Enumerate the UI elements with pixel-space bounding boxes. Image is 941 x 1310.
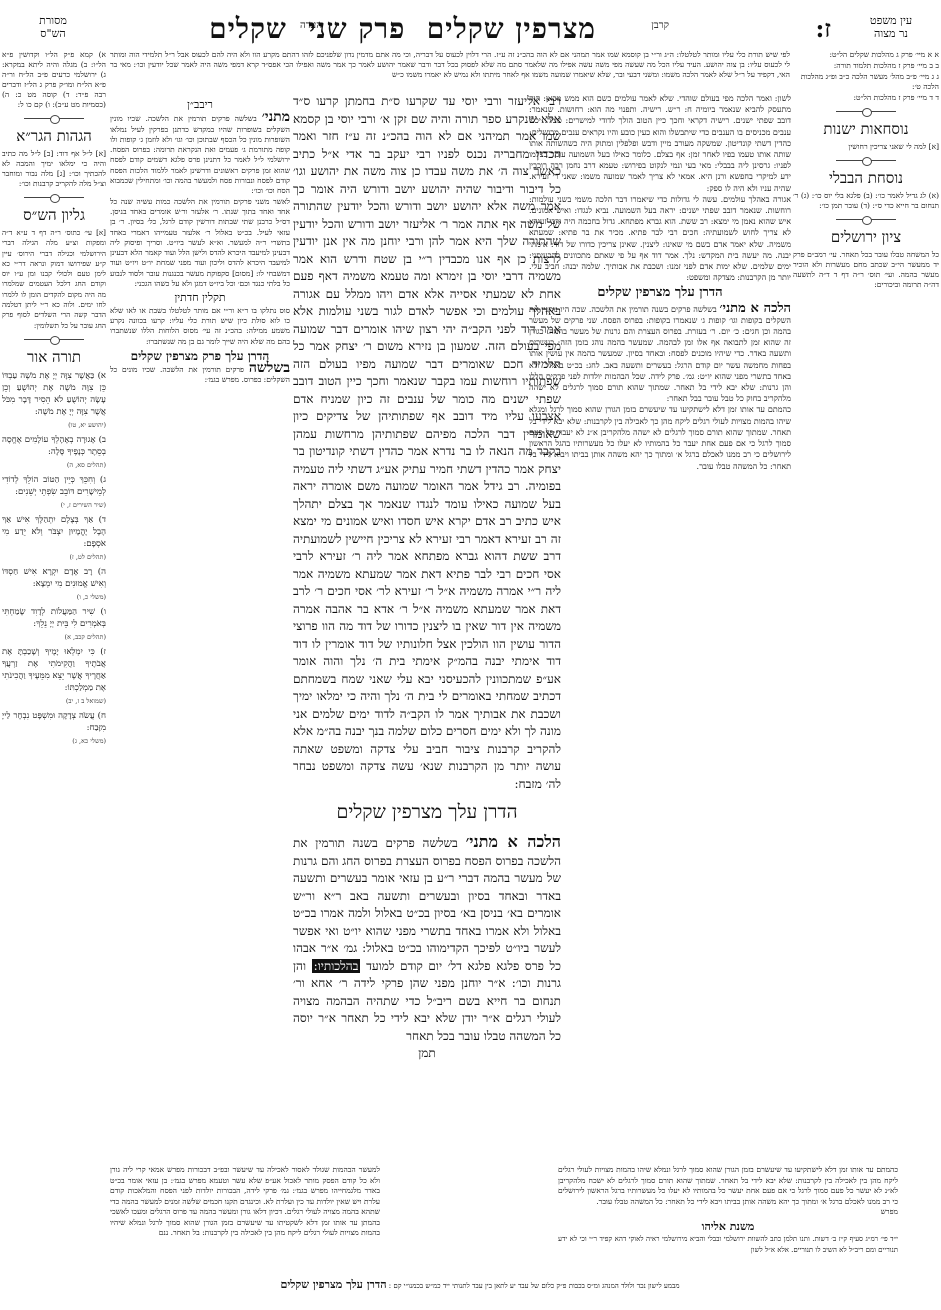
gemara-text: רב אדם יקרא איש חסדו ואיש אמונים מי ימצא… [293, 514, 561, 703]
verse: ב) אָגוּרָה בְאָהָלְךָ עוֹלָמִים אֶחֱסֶה… [2, 434, 106, 458]
halacha-heading: הלכה א מתני׳ [720, 301, 791, 316]
torah-or-title: תורה אור [2, 347, 106, 367]
torah-or-verses: א) כַּאֲשֶׁר צִוָּה יְיָ אֶת מֹשֶׁה עַבְ… [2, 370, 106, 746]
ein-mishpat-label: עין משפט נר מצוה [847, 14, 935, 40]
mishnat-eliyahu-title: משנת אליהו [558, 1222, 898, 1233]
bavli-text: (א) לג גדיל לאמר כו׳: (ב) פלגא בלי יוס כ… [793, 191, 939, 211]
verse: ה) רָב אָדָם יִקְרָא אִישׁ חַסְדּוֹ וְאִ… [2, 566, 106, 590]
gemara-main-text: רבי אליעזר ורבי יוסי עד שקרעו ס״ת בחמתן … [293, 93, 561, 1163]
gemara-text: אגורה באהלך עולמים וכי אפשר לאדם לגור בש… [293, 287, 561, 494]
korban-haeda-commentary: לשון: ואמר הלכה מפי בעולם שוהדי. שלא לאמ… [529, 93, 791, 1163]
verse: א) כַּאֲשֶׁר צִוָּה יְיָ אֶת מֹשֶׁה עַבְ… [2, 370, 106, 418]
tiklin-chadtin-title: תקלין חדתין [110, 293, 290, 303]
page-header: עין משפט נר מצוה ז: קרבן מצרפין שקלים פר… [0, 14, 941, 48]
mefaresh-label: מפרש [558, 1207, 898, 1218]
gemara-text: רבי אליעזר ורבי יוסי עד שקרעו ס״ת בחמתן … [293, 94, 561, 161]
korban-haeda-text: לשון: ואמר הלכה מפי בעולם שוהדי. שלא לאמ… [529, 93, 791, 194]
verse-source: (תהלים לט, ז) [2, 552, 106, 562]
korban-haeda-text: אגורה באהלך עולמים. עשה לי גדולות כדי שי… [529, 194, 791, 284]
verse: ו) שִׁיר הַמַּעֲלוֹת לְדָוִד שָׂמַחְתִּי… [2, 606, 106, 630]
ein-mishpat-ref: ד ד מיי׳ פרק ז מהלכות הל״ט: [793, 93, 939, 103]
pnei-moshe-text: בשלשה פרקים תורמין את הלשכה. שכיו מונין … [110, 114, 290, 195]
pnei-moshe-commentary: ריבב״ן מתני׳ בשלשה פרקים תורמין את הלשכה… [110, 96, 290, 1161]
haeda-label: העדה [300, 20, 322, 31]
ornament-divider-icon [836, 108, 896, 114]
bottom-left-paragraph: למעשר הבהמות שגולד לאסור לאכילה עד שיעשר… [110, 1165, 380, 1239]
verse-source: (תהלים סא, ה) [2, 460, 106, 470]
bottom-right-paragraph: כהמתם עד אותו זמן דלא לישתקיעו עד שיעשרם… [558, 1165, 898, 1207]
bavli-title: נוסחת הבבלי [793, 168, 939, 188]
ein-mishpat-ref: ג ג מיי׳ פ״ב מהל׳ מעשר הלכה כ״ב ופ״ג מהל… [793, 72, 939, 92]
tziyun-yerushalayim-title: ציון ירושלים [793, 227, 939, 247]
talmud-page: עין משפט נר מצוה ז: קרבן מצרפין שקלים פר… [0, 0, 941, 1310]
footer-hadran: הדרן עלך מצרפין שקלים [281, 1278, 387, 1291]
ornament-divider-icon [836, 216, 896, 222]
gemara-text: כאשר צוה ה׳ את משה עבדו כן צוה משה את יה… [293, 164, 561, 283]
page-title: מצרפין שקלים פרק שני שקלים [209, 12, 596, 46]
verse: ז) כִּי יִמְלְאוּ יָמֶיךָ וְשָׁכַבְתָּ א… [2, 646, 106, 694]
gemara-paragraph: רבי אליעזר ורבי יוסי עד שקרעו ס״ת בחמתן … [293, 93, 561, 793]
hagahot-gra-title: הגהות הגר״א [2, 126, 106, 146]
hadran-small: הדרן עלך מצרפין שקלים [529, 287, 791, 298]
ornament-divider-icon [836, 157, 896, 163]
tziyun-yerushalayim-text: כל המשחה טבלו עובר בכל תאחר. עי׳ רמב״ם פ… [793, 250, 939, 290]
korban-haeda-mishna: הלכה א מתני׳ בשלשה פרקים בשנה תורמין את … [529, 303, 791, 405]
bottom-left-text: למעשר הבהמות שגולד לאסור לאכילה עד שיעשר… [110, 1165, 380, 1239]
ein-mishpat-ref: א א מיי׳ פרק ג מהלכות שקלים הל״ט: [793, 50, 939, 60]
nuschaot-text: [א] למה לי שאני צריכין רחושין [793, 142, 939, 152]
mesoret-text: א) קמא פ״ק הל״ו וקדושין פ״א הל״ו: ב) מגל… [2, 50, 106, 110]
left-margin-column: א) קמא פ״ק הל״ו וקדושין פ״א הל״ו: ב) מגל… [2, 50, 106, 750]
pnei-moshe-block: מתני׳ בשלשה פרקים תורמין את הלשכה. שכיו … [110, 112, 290, 196]
gemara-text: והיה כי ימלאו ימיך ושכבת את אבותיך אמר ל… [293, 689, 561, 791]
tiklin-chadtin-text: סוס נתלקו בו ר״א ור״י אם מותר לטלטלו בשב… [110, 306, 290, 347]
mishna-paragraph: הלכה א מתני׳ בשלשה פרקים בשנה תורמין את … [293, 833, 561, 1045]
bshlosha-lead: בשלשה [249, 360, 290, 376]
gilyon-hashas-title: גליון הש״ס [2, 205, 106, 225]
korban-haeda-text: בשלשה פרקים בשנה תורמין את הלשכה. שכה הי… [529, 305, 791, 404]
verse-source: (תהלים קכב, א) [2, 632, 106, 642]
verse: ג) וְחִכֵּךְ כְּיֵין הַטּוֹב הוֹלֵךְ לְד… [2, 474, 106, 498]
gilyon-hashas-text: [א] עי׳ כתוס׳ ר״ה דף ד ע״א ד״ה ומפקות וצ… [2, 228, 106, 331]
nuschaot-title: נוסחאות ישנות [793, 119, 939, 139]
gemara-end: תמן [293, 1045, 561, 1063]
ein-mishpat-ref: ב ב מיי׳ פרק ז מהלכות תלמוד תורה: [793, 61, 939, 71]
top-commentary: לפי שיש תורת כלי עליו ומותר לטלטלו: ה״ג … [110, 50, 790, 92]
ornament-divider-icon [24, 194, 84, 200]
verse-source: (משלי כא, ג) [2, 736, 106, 746]
bottom-right-text: כהמתם עד אותו זמן דלא לישתקיעו עד שיעשרם… [558, 1165, 898, 1255]
ornament-divider-icon [24, 115, 84, 121]
highlighted-word[interactable]: בהלכותיו: [312, 959, 361, 973]
ornament-divider-icon [24, 336, 84, 342]
mishna-lead: מתני׳ [262, 109, 290, 125]
footer-text: מבמע לישון נכד ולולד המנהג ומ״ס בכבות פ״… [389, 1282, 680, 1290]
verse: ד) אַךְ בְּצֶלֶם יִתְהַלֶּךְ אִישׁ אַךְ … [2, 514, 106, 550]
mesoret-label: מסורת הש"ס [8, 14, 98, 40]
verse-source: (שמואל ב ז, יב) [2, 696, 106, 706]
mishnat-eliyahu-text: י״ד פי׳ רמ״ג סעיף ק״ז ב׳ דשות. ותנו תלמן… [558, 1234, 898, 1255]
pnei-moshe-text: לאשר משני פרקים תורמין את הלשכה כמות עשי… [110, 197, 290, 290]
gemara-text: בשלשה פרקים בשנה תורמין את הלשכה בפרוס ה… [293, 836, 561, 973]
right-margin-column: א א מיי׳ פרק ג מהלכות שקלים הל״ט: ב ב מי… [793, 50, 939, 292]
korban-haeda-text: כהמתם עד אותו זמן דלא לישתקיעו עד שיעשרם… [529, 404, 791, 471]
hadran-heading: הדרן עלך מצרפין שקלים [293, 797, 561, 827]
korban-label: קרבן [651, 20, 669, 31]
verse-source: (יהושע יא, טו) [2, 420, 106, 430]
hagahot-gra-text: [א] ל״ל אף דוד: [ב] ל״ל מה כתיב והיה כי … [2, 149, 106, 189]
bshlosha-block: בשלשה פרקים תורמין את הלשכה. שכיו מונים … [110, 363, 290, 386]
top-commentary-text: לפי שיש תורת כלי עליו ומותר לטלטלו: ה״ג … [110, 50, 790, 79]
verse: ח) עֲשֹׂה צְדָקָה וּמִשְׁפָּט נִבְחָר לַ… [2, 710, 106, 734]
daf-number: ז: [815, 14, 831, 44]
footer-line: מבמע לישון נכד ולולד המנהג ומ״ס בכבות פ״… [200, 1278, 760, 1291]
verse-source: (שיר השירים ז, י) [2, 500, 106, 510]
verse-source: (משלי כ, ו) [2, 592, 106, 602]
